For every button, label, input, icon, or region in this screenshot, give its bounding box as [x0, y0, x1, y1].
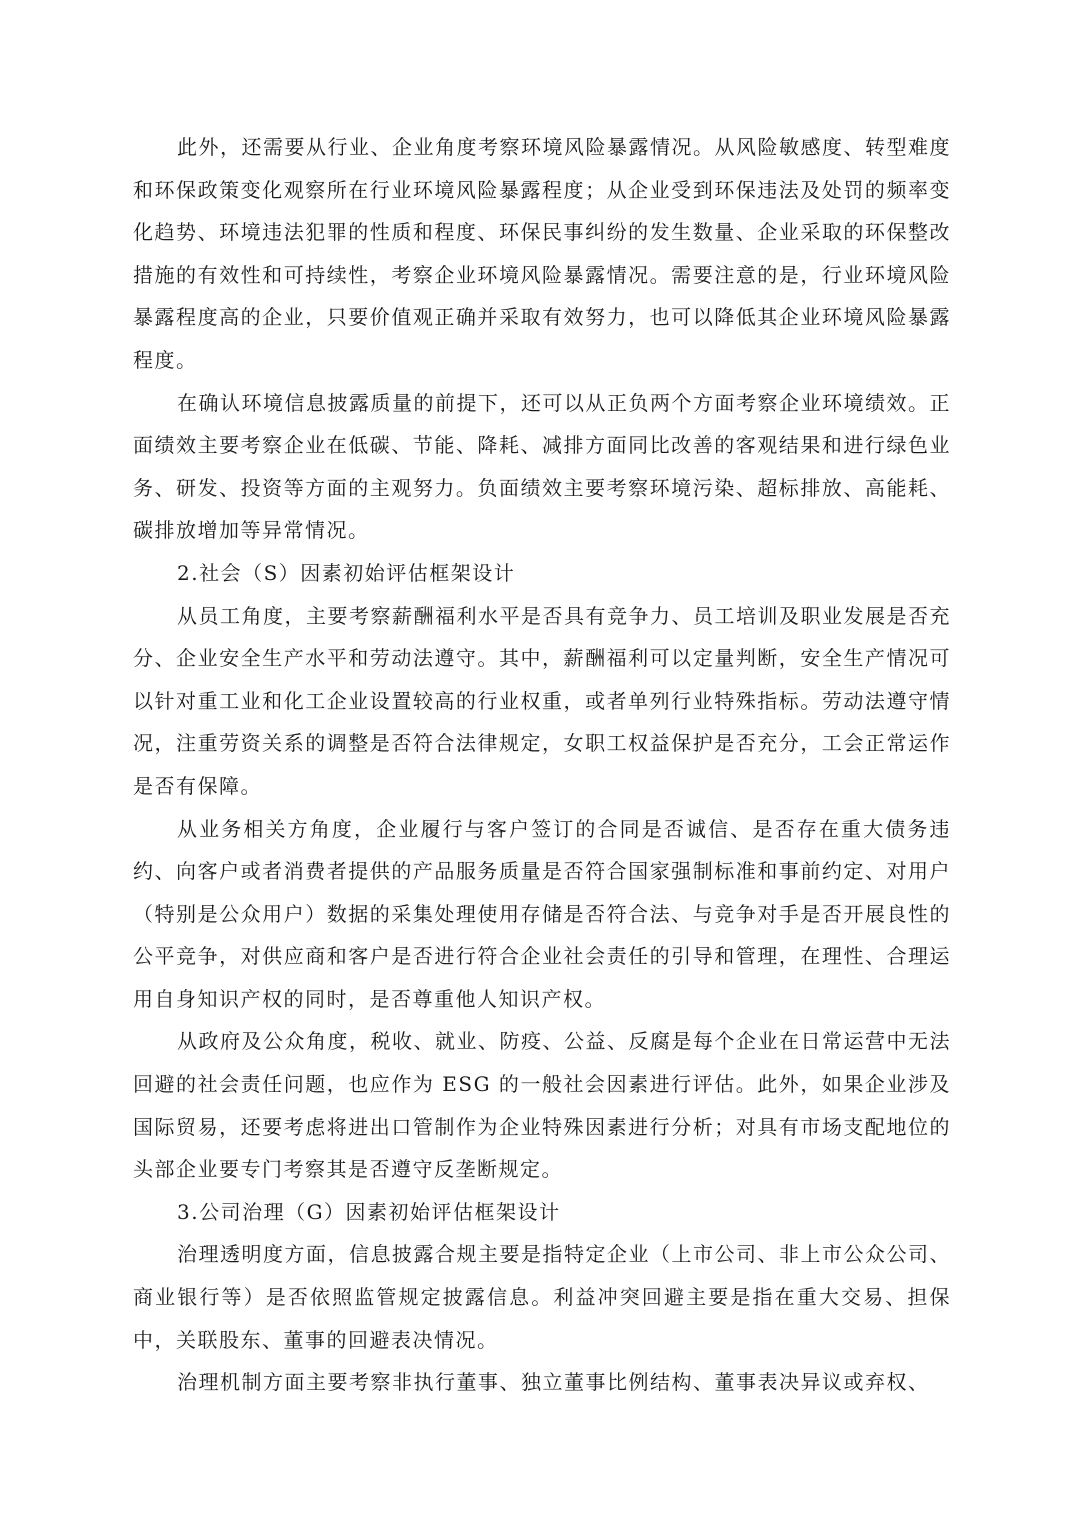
- paragraph-governance-transparency: 治理透明度方面，信息披露合规主要是指特定企业（上市公司、非上市公众公司、商业银行…: [133, 1233, 951, 1361]
- paragraph-government-public: 从政府及公众角度，税收、就业、防疫、公益、反腐是每个企业在日常运营中无法回避的社…: [133, 1020, 951, 1190]
- paragraph-environmental-performance: 在确认环境信息披露质量的前提下，还可以从正负两个方面考察企业环境绩效。正面绩效主…: [133, 382, 951, 552]
- paragraph-employee-perspective: 从员工角度，主要考察薪酬福利水平是否具有竞争力、员工培训及职业发展是否充分、企业…: [133, 595, 951, 808]
- section-heading-social-framework: 2.社会（S）因素初始评估框架设计: [133, 552, 951, 595]
- paragraph-environmental-risk-exposure: 此外，还需要从行业、企业角度考察环境风险暴露情况。从风险敏感度、转型难度和环保政…: [133, 126, 951, 382]
- section-heading-governance-framework: 3.公司治理（G）因素初始评估框架设计: [133, 1191, 951, 1234]
- paragraph-governance-mechanism: 治理机制方面主要考察非执行董事、独立董事比例结构、董事表决异议或弃权、: [133, 1361, 951, 1404]
- paragraph-business-stakeholders: 从业务相关方角度，企业履行与客户签订的合同是否诚信、是否存在重大债务违约、向客户…: [133, 808, 951, 1021]
- document-page: 此外，还需要从行业、企业角度考察环境风险暴露情况。从风险敏感度、转型难度和环保政…: [133, 126, 951, 1404]
